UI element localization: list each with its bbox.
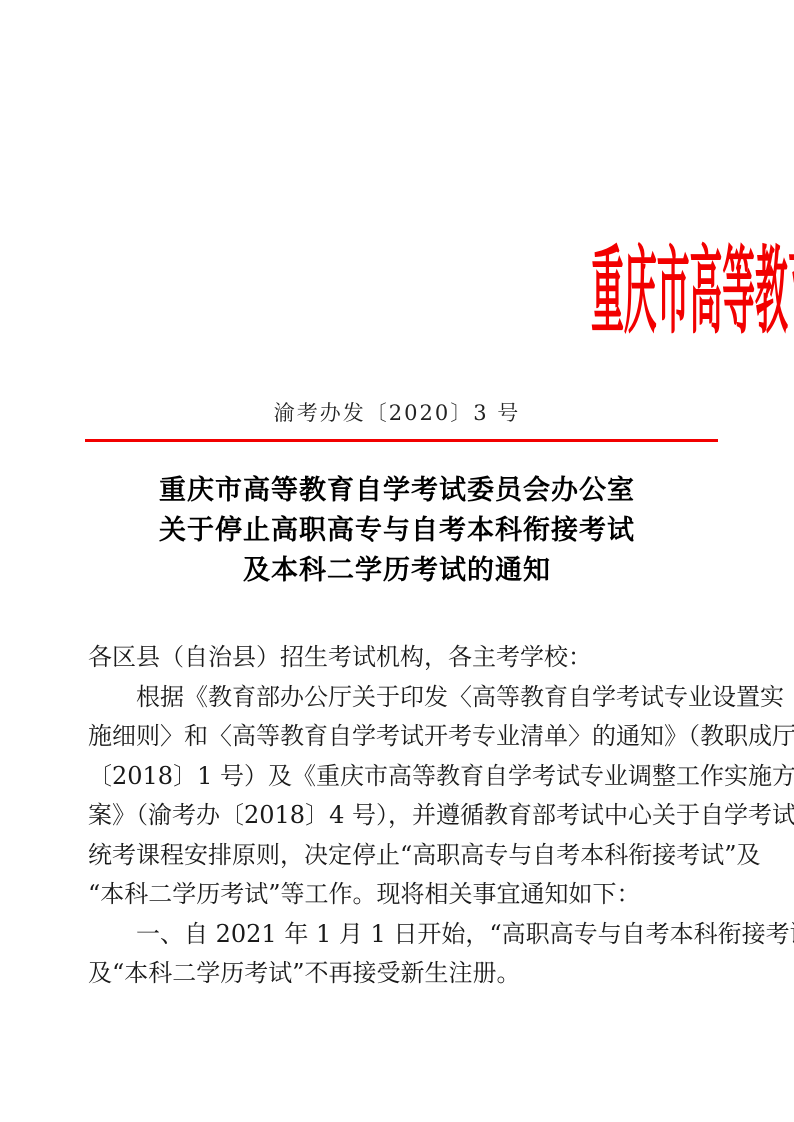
official-document-page: 重庆市高等教育自学考试委员会办公室文件 渝考办发〔2020〕3 号 重庆市高等教… xyxy=(0,0,794,1122)
body-line: 根据《教育部办公厅关于印发〈高等教育自学考试专业设置实 xyxy=(88,678,718,718)
document-title-line-1: 重庆市高等教育自学考试委员会办公室 xyxy=(0,471,794,511)
body-line-salutation: 各区县（自治县）招生考试机构，各主考学校： xyxy=(88,638,718,678)
red-divider-line xyxy=(85,439,718,442)
document-title: 重庆市高等教育自学考试委员会办公室 关于停止高职高专与自考本科衔接考试 及本科二… xyxy=(0,471,794,591)
document-body: 各区县（自治县）招生考试机构，各主考学校： 根据《教育部办公厅关于印发〈高等教育… xyxy=(88,638,718,994)
body-line: 施细则〉和〈高等教育自学考试开考专业清单〉的通知》（教职成厅 xyxy=(88,717,718,757)
document-title-line-2: 关于停止高职高专与自考本科衔接考试 xyxy=(0,511,794,551)
red-banner-header: 重庆市高等教育自学考试委员会办公室文件 xyxy=(0,238,794,346)
body-line-item-one: 一、自 2021 年 1 月 1 日开始，“高职高专与自考本科衔接考试” xyxy=(88,915,718,955)
body-line: 统考课程安排原则，决定停止“高职高专与自考本科衔接考试”及 xyxy=(88,836,718,876)
body-line: 及“本科二学历考试”不再接受新生注册。 xyxy=(88,954,718,994)
document-reference-number: 渝考办发〔2020〕3 号 xyxy=(0,398,794,428)
red-banner-header-text: 重庆市高等教育自学考试委员会办公室文件 xyxy=(591,238,794,346)
body-line: 〔2018〕1 号）及《重庆市高等教育自学考试专业调整工作实施方 xyxy=(88,757,718,797)
body-line: 案》（渝考办〔2018〕4 号），并遵循教育部考试中心关于自学考试 xyxy=(88,796,718,836)
document-title-line-3: 及本科二学历考试的通知 xyxy=(0,551,794,591)
body-line: “本科二学历考试”等工作。现将相关事宜通知如下： xyxy=(88,875,718,915)
